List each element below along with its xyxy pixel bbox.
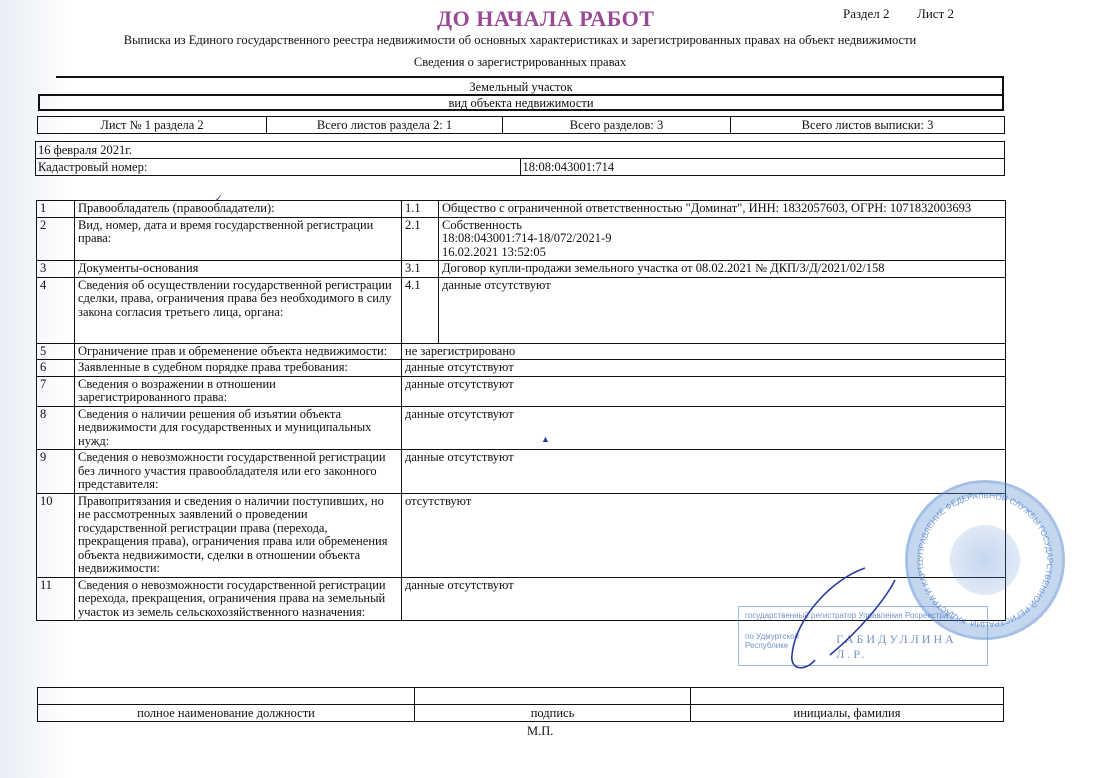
row-label: Сведения о невозможности государственной… <box>75 450 402 494</box>
registration-datetime: 16.02.2021 13:52:05 <box>442 246 1002 260</box>
table-row: 8 Сведения о наличии решения об изъятии … <box>37 406 1006 450</box>
extract-date: 16 февраля 2021г. <box>36 142 1005 159</box>
row-number: 6 <box>37 360 75 377</box>
row-label: Ограничение прав и обременение объекта н… <box>75 343 402 360</box>
stamp-title: ДО НАЧАЛА РАБОТ <box>437 6 654 32</box>
row-number: 9 <box>37 450 75 494</box>
row-value: данные отсутствуют <box>402 376 1006 406</box>
row-value: данные отсутствуют <box>402 406 1006 450</box>
name-caption: инициалы, фамилия <box>691 705 1004 722</box>
row-value: данные отсутствуют <box>402 360 1006 377</box>
row-number: 7 <box>37 376 75 406</box>
row-label: Сведения об осуществлении государственно… <box>75 277 402 343</box>
row-number: 5 <box>37 343 75 360</box>
row-value: не зарегистрировано <box>402 343 1006 360</box>
total-sheets-extract: Всего листов выписки: 3 <box>731 117 1005 134</box>
sheet-meta-table: Лист № 1 раздела 2 Всего листов раздела … <box>37 116 1005 134</box>
row-number: 11 <box>37 577 75 621</box>
row-number: 8 <box>37 406 75 450</box>
position-caption: полное наименование должности <box>38 705 415 722</box>
row-value: данные отсутствуют <box>439 277 1006 343</box>
row-value: данные отсутствуют <box>402 450 1006 494</box>
row-value: отсутствуют <box>402 493 1006 577</box>
rights-table: 1 Правообладатель (правообладатели): 1.1… <box>36 200 1006 621</box>
row-label: Сведения о невозможности государственной… <box>75 577 402 621</box>
row-label: Заявленные в судебном порядке права треб… <box>75 360 402 377</box>
row-label: Сведения о возражении в отношении зареги… <box>75 376 402 406</box>
cadastral-table: 16 февраля 2021г. Кадастровый номер: 18:… <box>35 141 1005 176</box>
document-title: Выписка из Единого государственного реес… <box>0 33 1040 48</box>
row-number: 3 <box>37 261 75 278</box>
registrar-title: государственный регистратор Управления Р… <box>745 611 981 620</box>
row-subnumber: 4.1 <box>402 277 439 343</box>
row-value: Собственность 18:08:043001:714-18/072/20… <box>439 217 1006 261</box>
table-row: 3 Документы-основания 3.1 Договор купли-… <box>37 261 1006 278</box>
row-value: Договор купли-продажи земельного участка… <box>439 261 1006 278</box>
name-field <box>691 688 1004 705</box>
pen-mark: ▲ <box>541 434 550 444</box>
object-type-value: Земельный участок <box>38 80 1004 95</box>
registrar-region: по Удмуртской Республике <box>745 632 836 662</box>
table-row: 1 Правообладатель (правообладатели): 1.1… <box>37 201 1006 218</box>
table-row: 7 Сведения о возражении в отношении заре… <box>37 376 1006 406</box>
table-row: 5 Ограничение прав и обременение объекта… <box>37 343 1006 360</box>
row-number: 4 <box>37 277 75 343</box>
registration-number: 18:08:043001:714-18/072/2021-9 <box>442 232 1002 246</box>
signature-table: полное наименование должности подпись ин… <box>37 687 1004 722</box>
row-label: Вид, номер, дата и время государственной… <box>75 217 402 261</box>
table-row: 10 Правопритязания и сведения о наличии … <box>37 493 1006 577</box>
pen-mark: ✓ <box>215 193 223 204</box>
registrar-stamp: государственный регистратор Управления Р… <box>738 606 988 666</box>
table-row: 9 Сведения о невозможности государственн… <box>37 450 1006 494</box>
document-subtitle: Сведения о зарегистрированных правах <box>0 55 1040 70</box>
divider-line <box>56 76 1004 78</box>
table-row: 4 Сведения об осуществлении государствен… <box>37 277 1006 343</box>
sheet-number: Лист № 1 раздела 2 <box>38 117 267 134</box>
seal-place-label: М.П. <box>527 724 553 739</box>
row-label: Сведения о наличии решения об изъятии об… <box>75 406 402 450</box>
row-label: Правообладатель (правообладатели): <box>75 201 402 218</box>
row-value: Общество с ограниченной ответственностью… <box>439 201 1006 218</box>
section-label: Раздел 2 <box>843 6 890 22</box>
cadastral-number: 18:08:043001:714 <box>520 159 1005 176</box>
cadastral-label: Кадастровый номер: <box>36 159 521 176</box>
row-subnumber: 3.1 <box>402 261 439 278</box>
signature-caption: подпись <box>415 705 691 722</box>
table-row: 2 Вид, номер, дата и время государственн… <box>37 217 1006 261</box>
row-number: 10 <box>37 493 75 577</box>
row-number: 1 <box>37 201 75 218</box>
row-subnumber: 1.1 <box>402 201 439 218</box>
registrar-name: ГАБИДУЛЛИНА Л.Р. <box>836 632 981 662</box>
row-label: Правопритязания и сведения о наличии пос… <box>75 493 402 577</box>
position-field <box>38 688 415 705</box>
table-row: 6 Заявленные в судебном порядке права тр… <box>37 360 1006 377</box>
row-number: 2 <box>37 217 75 261</box>
total-sections: Всего разделов: 3 <box>503 117 731 134</box>
row-subnumber: 2.1 <box>402 217 439 261</box>
divider-line <box>38 109 1004 111</box>
sheet-label: Лист 2 <box>917 6 954 22</box>
row-label: Документы-основания <box>75 261 402 278</box>
total-sheets-section: Всего листов раздела 2: 1 <box>267 117 503 134</box>
signature-field <box>415 688 691 705</box>
right-type: Собственность <box>442 219 1002 233</box>
